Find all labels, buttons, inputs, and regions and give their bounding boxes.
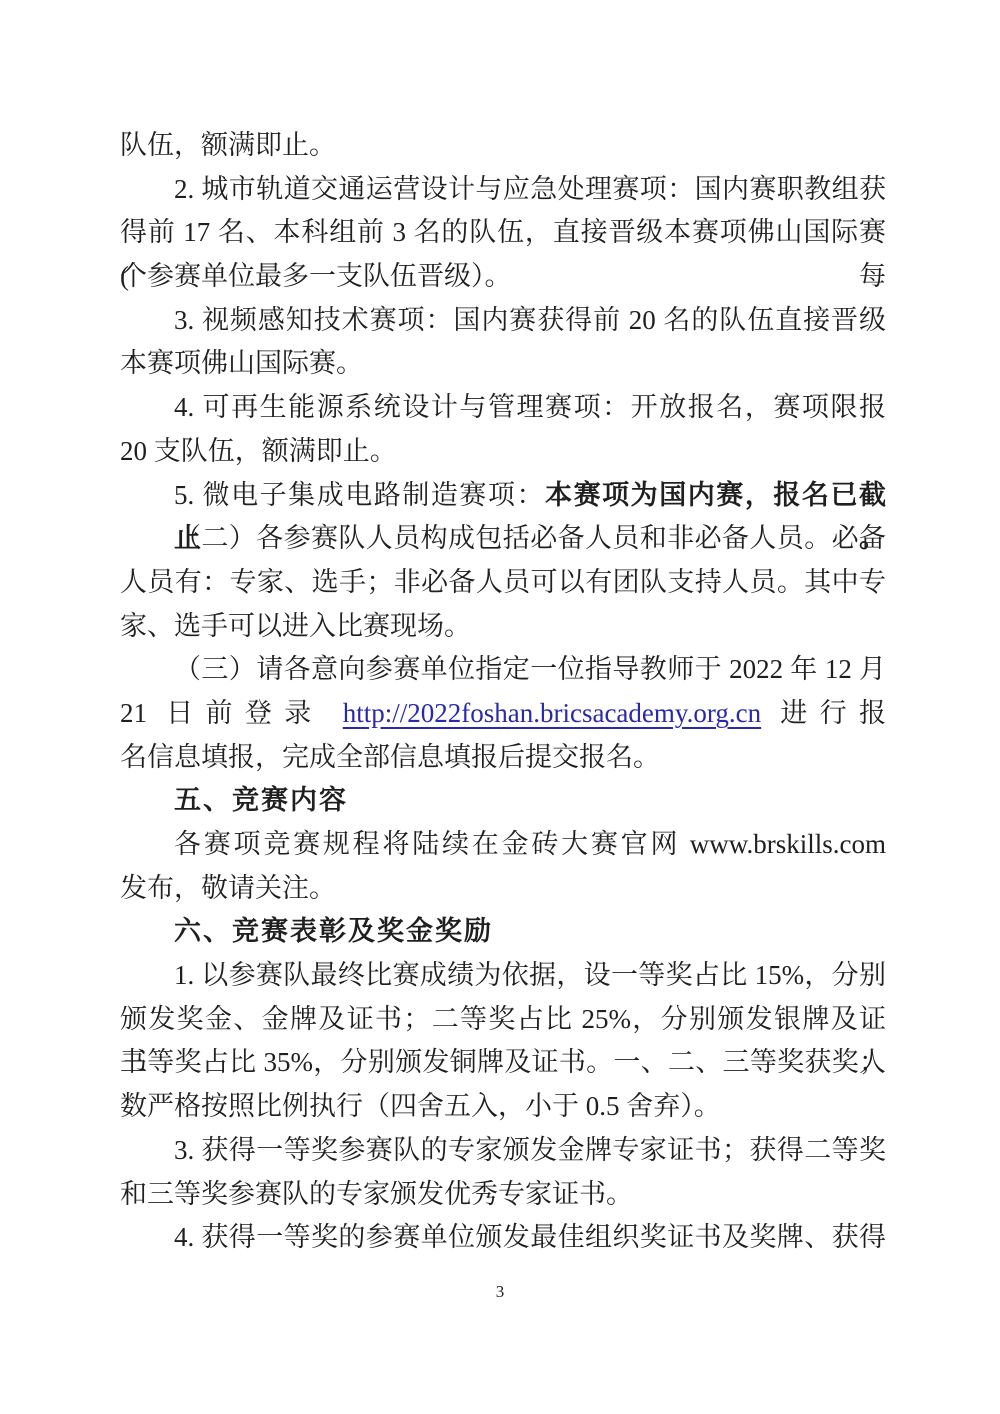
text-line: 名信息填报，完成全部信息填报后提交报名。 xyxy=(120,736,886,780)
document-page: 队伍，额满即止。2. 城市轨道交通运营设计与应急处理赛项：国内赛职教组获得前 1… xyxy=(0,0,1000,1414)
text-line: 2. 城市轨道交通运营设计与应急处理赛项：国内赛职教组获 xyxy=(120,168,886,212)
text-segment: 4. 可再生能源系统设计与管理赛项：开放报名，赛项限报 xyxy=(174,392,886,422)
text-line: 5. 微电子集成电路制造赛项：本赛项为国内赛，报名已截止。 xyxy=(120,474,886,518)
registration-url-link[interactable]: http://2022foshan.bricsacademy.org.cn xyxy=(343,698,761,728)
text-segment: 三等奖占比 35%，分别颁发铜牌及证书。一、二、三等奖获奖人 xyxy=(120,1047,886,1077)
text-line: 得前 17 名、本科组前 3 名的队伍，直接晋级本赛项佛山国际赛(每 xyxy=(120,211,886,255)
text-segment: 家、选手可以进入比赛现场。 xyxy=(120,611,471,641)
text-segment: 名信息填报，完成全部信息填报后提交报名。 xyxy=(120,742,660,772)
text-line: 人员有：专家、选手；非必备人员可以有团队支持人员。其中专 xyxy=(120,561,886,605)
text-segment: 和三等奖参赛队的专家颁发优秀专家证书。 xyxy=(120,1179,633,1209)
text-line: 发布，敬请关注。 xyxy=(120,867,886,911)
text-line: 队伍，额满即止。 xyxy=(120,124,886,168)
text-segment: 人员有：专家、选手；非必备人员可以有团队支持人员。其中专 xyxy=(120,567,886,597)
text-segment: 六、竞赛表彰及奖金奖励 xyxy=(174,916,493,946)
text-segment: 五、竞赛内容 xyxy=(174,785,348,815)
text-line: 三等奖占比 35%，分别颁发铜牌及证书。一、二、三等奖获奖人 xyxy=(120,1041,886,1085)
text-line: 各赛项竞赛规程将陆续在金砖大赛官网 www.brskills.com xyxy=(120,823,886,867)
text-segment: 20 支队伍，额满即止。 xyxy=(120,436,397,466)
text-line: 1. 以参赛队最终比赛成绩为依据，设一等奖占比 15%，分别 xyxy=(120,954,886,998)
text-segment: 5. 微电子集成电路制造赛项： xyxy=(174,480,545,510)
text-line: 家、选手可以进入比赛现场。 xyxy=(120,605,886,649)
text-line: 3. 获得一等奖参赛队的专家颁发金牌专家证书；获得二等奖 xyxy=(120,1129,886,1173)
text-segment: 进行报 xyxy=(761,698,886,728)
section-heading: 五、竞赛内容 xyxy=(120,779,886,823)
text-line: （二）各参赛队人员构成包括必备人员和非必备人员。必备 xyxy=(120,517,886,561)
text-line: 本赛项佛山国际赛。 xyxy=(120,342,886,386)
text-line: （三）请各意向参赛单位指定一位指导教师于 2022 年 12 月 xyxy=(120,648,886,692)
text-segment: 1. 以参赛队最终比赛成绩为依据，设一等奖占比 15%，分别 xyxy=(174,960,886,990)
text-segment: 个参赛单位最多一支队伍晋级）。 xyxy=(120,261,512,291)
text-segment: 4. 获得一等奖的参赛单位颁发最佳组织奖证书及奖牌、获得 xyxy=(174,1222,886,1252)
page-number: 3 xyxy=(0,1282,1000,1302)
text-line: 3. 视频感知技术赛项：国内赛获得前 20 名的队伍直接晋级 xyxy=(120,299,886,343)
text-line: 颁发奖金、金牌及证书；二等奖占比 25%，分别颁发银牌及证书； xyxy=(120,998,886,1042)
text-segment: 本赛项佛山国际赛。 xyxy=(120,348,363,378)
document-body: 队伍，额满即止。2. 城市轨道交通运营设计与应急处理赛项：国内赛职教组获得前 1… xyxy=(120,124,886,1260)
text-segment: 队伍，额满即止。 xyxy=(120,130,336,160)
text-segment: 各赛项竞赛规程将陆续在金砖大赛官网 www.brskills.com xyxy=(174,829,886,859)
section-heading: 六、竞赛表彰及奖金奖励 xyxy=(120,910,886,954)
text-line: 21 日前登录 http://2022foshan.bricsacademy.o… xyxy=(120,692,886,736)
text-segment: （三）请各意向参赛单位指定一位指导教师于 2022 年 12 月 xyxy=(174,654,886,684)
text-line: 4. 可再生能源系统设计与管理赛项：开放报名，赛项限报 xyxy=(120,386,886,430)
text-line: 20 支队伍，额满即止。 xyxy=(120,430,886,474)
text-line: 和三等奖参赛队的专家颁发优秀专家证书。 xyxy=(120,1173,886,1217)
text-segment: 2. 城市轨道交通运营设计与应急处理赛项：国内赛职教组获 xyxy=(174,174,886,204)
text-segment: （二）各参赛队人员构成包括必备人员和非必备人员。必备 xyxy=(174,523,886,553)
text-segment: 21 日前登录 xyxy=(120,698,343,728)
text-segment: 3. 视频感知技术赛项：国内赛获得前 20 名的队伍直接晋级 xyxy=(174,305,886,335)
text-segment: 发布，敬请关注。 xyxy=(120,873,336,903)
text-line: 数严格按照比例执行（四舍五入，小于 0.5 舍弃）。 xyxy=(120,1085,886,1129)
text-segment: 数严格按照比例执行（四舍五入，小于 0.5 舍弃）。 xyxy=(120,1091,721,1121)
text-line: 4. 获得一等奖的参赛单位颁发最佳组织奖证书及奖牌、获得 xyxy=(120,1216,886,1260)
text-segment: 3. 获得一等奖参赛队的专家颁发金牌专家证书；获得二等奖 xyxy=(174,1135,886,1165)
